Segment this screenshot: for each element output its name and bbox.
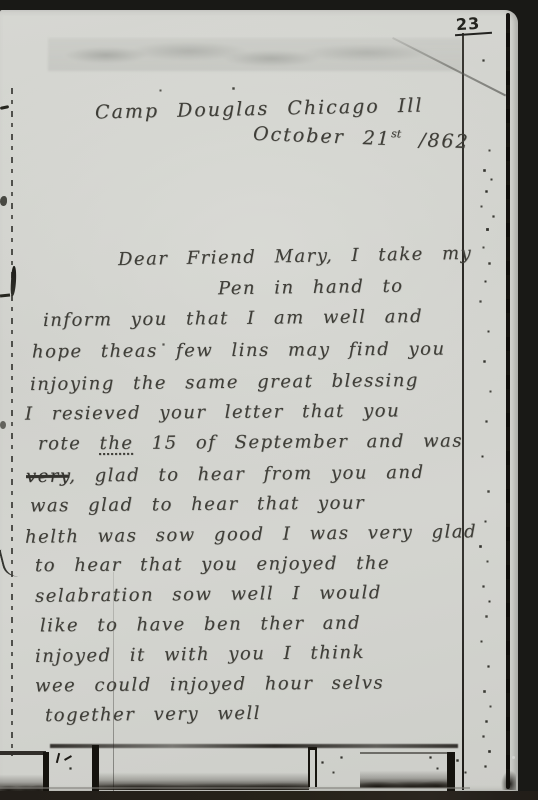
ink-bleed-band <box>48 38 462 71</box>
paper-speck <box>512 756 515 759</box>
emphasized-word: the <box>99 433 133 454</box>
footer-bar <box>447 752 455 792</box>
letter-line: injoyed it with you I think <box>35 642 365 667</box>
footer-frame-line-left <box>0 751 46 755</box>
margin-ink-blot <box>0 196 7 206</box>
letter-line: I resieved your letter that you <box>25 400 400 424</box>
letter-line: Pen in hand to <box>218 276 404 300</box>
letter-line: rote the 15 of September and was <box>38 431 463 455</box>
line-text: 15 of September and was <box>133 431 463 454</box>
date-year: /862 <box>401 129 471 154</box>
ink-speckles <box>0 0 1 1</box>
letter-line: selabration sow well I would <box>35 582 382 607</box>
footer-frame-line <box>50 744 458 748</box>
letter-line: inform you that I am well and <box>43 306 423 331</box>
margin-ink-blot <box>0 421 6 429</box>
letter-line: to hear that you enjoyed the <box>35 553 390 576</box>
letter-line: hope theas few lins may find you <box>32 339 446 363</box>
scanned-letter-page: 23 Camp Douglas Chicago Ill October 21st… <box>0 0 538 800</box>
binding-edge-line <box>506 13 510 789</box>
letter-line: wee could injoyed hour selvs <box>35 672 384 696</box>
letter-line: like to have ben ther and <box>40 613 361 637</box>
bottom-scan-strip <box>0 791 538 800</box>
date-ordinal-superscript: st <box>391 127 402 140</box>
letter-line: injoying the same great blessing <box>30 370 419 395</box>
struck-out-word: very <box>26 466 69 487</box>
letter-line: very, glad to hear from you and <box>26 462 425 487</box>
footer-ink-smear <box>360 766 448 788</box>
line-text: , glad to hear from you and <box>69 462 425 487</box>
binding-edge-smudge <box>496 760 516 790</box>
footer-block-edge <box>360 752 448 754</box>
left-margin-dash-line <box>11 88 13 756</box>
footer-gray-line <box>0 787 470 789</box>
letter-line: together very well <box>45 703 261 726</box>
footer-double-bar <box>308 747 317 787</box>
letter-line: was glad to hear that your <box>30 493 365 517</box>
line-text: rote <box>38 433 100 454</box>
